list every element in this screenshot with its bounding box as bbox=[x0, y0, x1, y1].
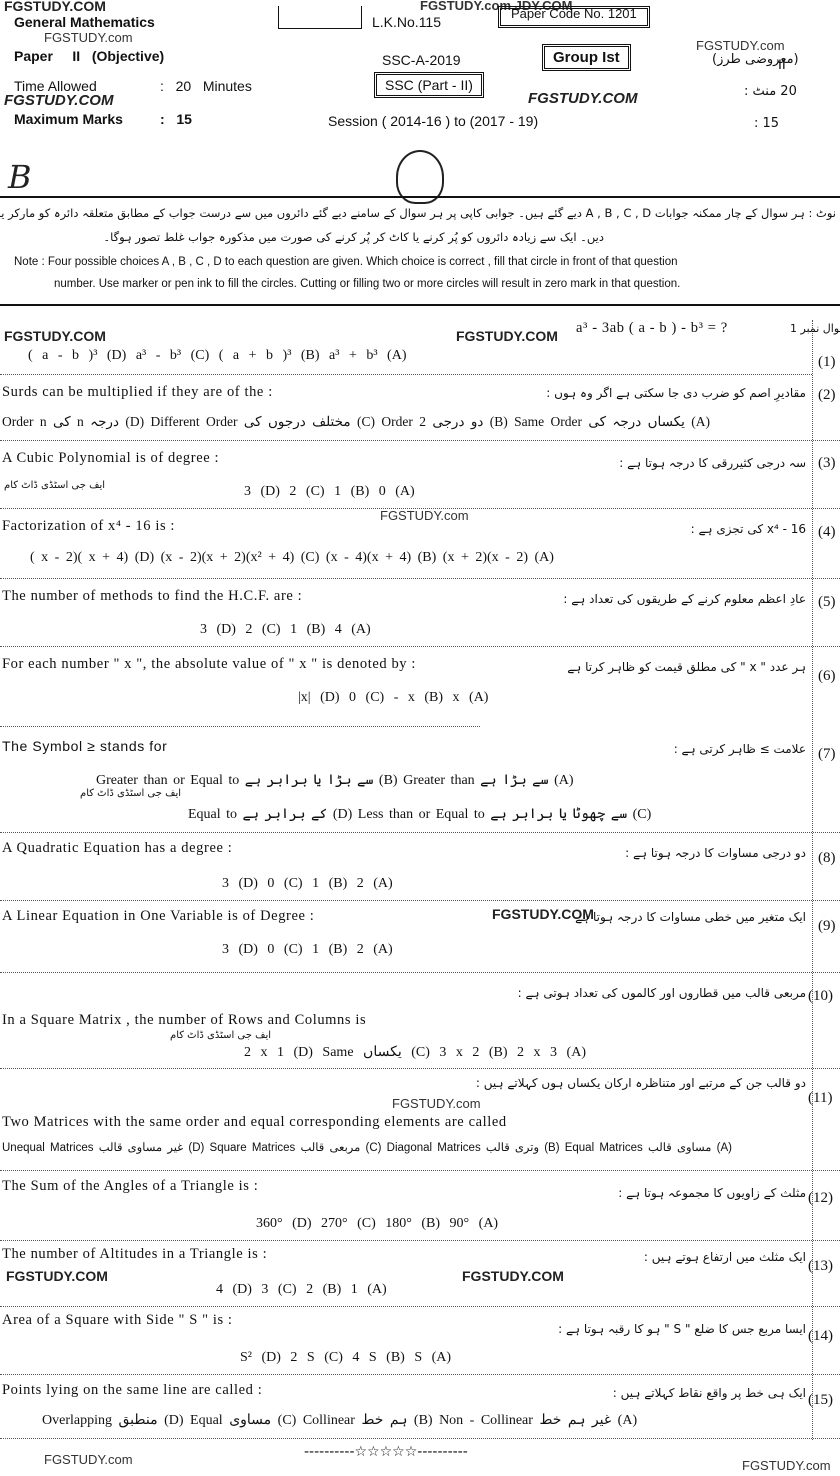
row-rule bbox=[0, 1170, 840, 1171]
question-15-urdu: ایک ہی خط پر واقع نقاط کہلاتے ہیں : bbox=[613, 1386, 806, 1400]
time-allowed-value: : 20 Minutes bbox=[160, 78, 252, 94]
session: Session ( 2014-16 ) to (2017 - 19) bbox=[328, 113, 538, 129]
question-12-options: 360° (D) 270° (C) 180° (B) 90° (A) bbox=[256, 1216, 498, 1232]
question-number: (8) bbox=[818, 850, 836, 867]
question-number: (5) bbox=[818, 594, 836, 611]
question-3-options: 3 (D) 2 (C) 1 (B) 0 (A) bbox=[244, 484, 415, 500]
maximum-marks: Maximum Marks bbox=[14, 111, 123, 127]
question-11-urdu: دو قالب جن کے مرتبے اور متناظرہ ارکان یک… bbox=[476, 1076, 806, 1090]
question-number: (2) bbox=[818, 387, 836, 404]
question-3-urdu: سہ درجی کثیررقی کا درجہ ہوتا ہے : bbox=[619, 456, 806, 470]
urdu-marks: 15 : bbox=[754, 116, 779, 131]
lk-number: L.K.No.115 bbox=[372, 14, 441, 30]
part-box: SSC (Part - II) bbox=[374, 72, 484, 98]
divider bbox=[0, 304, 840, 306]
question-5-options: 3 (D) 2 (C) 1 (B) 4 (A) bbox=[200, 622, 371, 638]
row-rule bbox=[0, 972, 840, 973]
question-2-text: Surds can be multiplied if they are of t… bbox=[2, 384, 273, 401]
maximum-marks-value: : 15 bbox=[160, 111, 192, 127]
watermark: FGSTUDY.com bbox=[44, 30, 133, 45]
question-10-options: 2 x 1 (D) Same یکساں (C) 3 x 2 (B) 2 x 3… bbox=[244, 1044, 586, 1061]
question-6-urdu: ہر عدد " x " کی مطلق قیمت کو ظاہر کرتا ہ… bbox=[567, 660, 806, 674]
question-1-options: ( a - b )³ (D) a³ - b³ (C) ( a + b )³ (B… bbox=[28, 348, 407, 364]
group-box: Group Ist bbox=[542, 44, 631, 71]
row-rule bbox=[0, 1438, 840, 1439]
note-line-1: Note : Four possible choices A , B , C ,… bbox=[14, 256, 678, 268]
question-2-options: Order n کی n درجہ (D) Different Order مخ… bbox=[2, 414, 710, 430]
urdu-watermark: ایف جی اسٹڈی ڈاٹ کام bbox=[80, 788, 181, 799]
question-13-urdu: ایک مثلث میں ارتفاع ہوتے ہیں : bbox=[644, 1250, 806, 1264]
question-14-options: S² (D) 2 S (C) 4 S (B) S (A) bbox=[240, 1350, 451, 1366]
question-2-urdu: مقادیرِ اصم کو ضرب دی جا سکتی ہے اگر وہ … bbox=[546, 386, 806, 400]
urdu-time: 20 منٹ : bbox=[744, 84, 797, 99]
question-10-urdu: مربعی قالب میں قطاروں اور کالموں کی تعدا… bbox=[518, 986, 806, 1000]
question-9-urdu: ایک متغیر میں خطی مساوات کا درجہ ہوتا ہے bbox=[575, 910, 806, 924]
question-number: (12) bbox=[808, 1190, 833, 1207]
question-11-text: Two Matrices with the same order and equ… bbox=[2, 1114, 507, 1131]
question-number: (13) bbox=[808, 1258, 833, 1275]
exam-name: SSC-A-2019 bbox=[382, 52, 461, 68]
watermark: FGSTUDY.COM bbox=[4, 92, 113, 109]
watermark: FGSTUDY.COM bbox=[456, 328, 558, 344]
urdu-watermark: ایف جی اسٹڈی ڈاٹ کام bbox=[170, 1030, 271, 1041]
watermark: FGSTUDY.com bbox=[696, 38, 785, 53]
paper-code: Paper Code No. 1201 bbox=[498, 6, 650, 28]
end-divider: ----------☆☆☆☆☆---------- bbox=[304, 1444, 468, 1460]
divider bbox=[0, 196, 840, 198]
question-1-text: a³ - 3ab ( a - b ) - b³ = ? bbox=[576, 320, 728, 337]
row-rule bbox=[0, 440, 840, 441]
row-rule bbox=[0, 1374, 840, 1375]
question-14-urdu: ایسا مربع جس کا ضلع " S " ہو کا رقبہ ہوت… bbox=[558, 1322, 806, 1336]
watermark: FGSTUDY.COM bbox=[462, 1268, 564, 1284]
row-rule bbox=[0, 1306, 840, 1307]
question-14-text: Area of a Square with Side " S " is : bbox=[2, 1312, 233, 1329]
question-10-text: In a Square Matrix , the number of Rows … bbox=[2, 1012, 366, 1029]
urdu-instructions-1: نوٹ : ہر سوال کے چار ممکنہ جوابات A , B … bbox=[0, 206, 836, 220]
question-8-text: A Quadratic Equation has a degree : bbox=[2, 840, 232, 857]
question-9-text: A Linear Equation in One Variable is of … bbox=[2, 908, 314, 925]
handwritten-mark: B bbox=[8, 158, 32, 196]
urdu-instructions-2: دیں۔ ایک سے زیادہ دائروں کو پُر کرنے یا … bbox=[103, 230, 604, 244]
row-rule bbox=[0, 578, 840, 579]
question-15-text: Points lying on the same line are called… bbox=[2, 1382, 262, 1399]
subject-title: General Mathematics bbox=[14, 14, 155, 30]
row-rule bbox=[0, 1068, 840, 1069]
question-6-text: For each number " x ", the absolute valu… bbox=[2, 656, 416, 673]
question-9-options: 3 (D) 0 (C) 1 (B) 2 (A) bbox=[222, 942, 393, 958]
question-3-text: A Cubic Polynomial is of degree : bbox=[2, 450, 219, 467]
question-13-text: The number of Altitudes in a Triangle is… bbox=[2, 1246, 267, 1263]
question-number: (10) bbox=[808, 988, 833, 1005]
question-7-options-row1: Greater than or Equal to سے بڑا یا برابر… bbox=[96, 772, 574, 789]
question-7-urdu: علامت ≥ ظاہر کرتی ہے : bbox=[674, 742, 806, 756]
question-6-options: |x| (D) 0 (C) - x (B) x (A) bbox=[298, 690, 488, 706]
question-number: (15) bbox=[808, 1392, 833, 1409]
question-15-options: Overlapping منطبق (D) Equal مساوی (C) Co… bbox=[42, 1412, 637, 1429]
watermark: FGSTUDY.com bbox=[742, 1458, 831, 1473]
question-8-urdu: دو درجی مساوات کا درجہ ہوتا ہے : bbox=[625, 846, 806, 860]
question-number: (9) bbox=[818, 918, 836, 935]
question-4-options: ( x - 2)( x + 4) (D) (x - 2)(x + 2)(x² +… bbox=[30, 550, 554, 566]
question-5-text: The number of methods to find the H.C.F.… bbox=[2, 588, 302, 605]
question-number: (4) bbox=[818, 524, 836, 541]
question-12-urdu: مثلث کے زاویوں کا مجموعہ ہوتا ہے : bbox=[618, 1186, 806, 1200]
question-number: (11) bbox=[808, 1090, 832, 1107]
question-label: سوال نمبر 1 bbox=[790, 322, 840, 335]
paper-label: Paper II (Objective) bbox=[14, 48, 164, 64]
question-number: (6) bbox=[818, 668, 836, 685]
question-number: (14) bbox=[808, 1328, 833, 1345]
row-rule bbox=[0, 900, 840, 901]
question-number: (3) bbox=[818, 455, 836, 472]
urdu-paper-no: II bbox=[778, 56, 786, 72]
watermark: FGSTUDY.com bbox=[392, 1096, 481, 1111]
row-rule bbox=[0, 374, 812, 375]
row-rule bbox=[0, 646, 840, 647]
question-7-text: The Symbol ≥ stands for bbox=[2, 738, 167, 754]
question-8-options: 3 (D) 0 (C) 1 (B) 2 (A) bbox=[222, 876, 393, 892]
watermark: FGSTUDY.COM bbox=[528, 90, 637, 107]
question-number: (1) bbox=[818, 354, 836, 371]
urdu-watermark: ایف جی اسٹڈی ڈاٹ کام bbox=[4, 480, 105, 491]
roll-box bbox=[278, 6, 362, 29]
question-11-options: Unequal Matrices غیر مساوی قالب (D) Squa… bbox=[2, 1140, 732, 1154]
watermark: FGSTUDY.com bbox=[380, 508, 469, 523]
question-12-text: The Sum of the Angles of a Triangle is : bbox=[2, 1178, 258, 1195]
row-rule bbox=[0, 726, 480, 727]
row-rule bbox=[0, 1240, 840, 1241]
row-rule bbox=[0, 832, 840, 833]
watermark: FGSTUDY.com bbox=[44, 1452, 133, 1467]
question-7-options-row2: Equal to کے برابر ہے (D) Less than or Eq… bbox=[188, 806, 651, 823]
question-13-options: 4 (D) 3 (C) 2 (B) 1 (A) bbox=[216, 1282, 387, 1298]
watermark: FGSTUDY.COM bbox=[6, 1268, 108, 1284]
question-5-urdu: عادِ اعظم معلوم کرنے کے طریقوں کی تعداد … bbox=[563, 592, 806, 606]
question-4-urdu: x⁴ - 16 کی تجزی ہے : bbox=[691, 522, 806, 536]
note-line-2: number. Use marker or pen ink to fill th… bbox=[54, 278, 680, 290]
watermark: FGSTUDY.COM bbox=[4, 0, 106, 14]
watermark: FGSTUDY.COM bbox=[4, 328, 106, 344]
question-number: (7) bbox=[818, 746, 836, 763]
question-4-text: Factorization of x⁴ - 16 is : bbox=[2, 518, 175, 535]
